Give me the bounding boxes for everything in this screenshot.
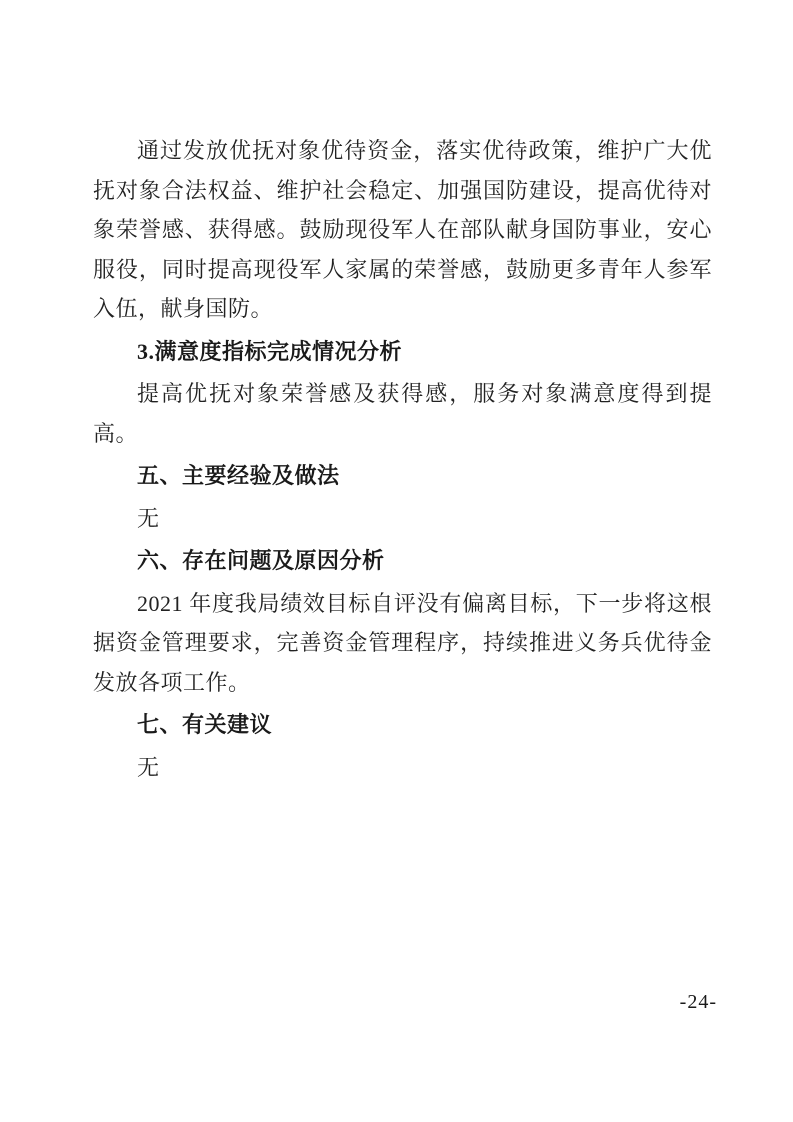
heading-problems-and-causes: 六、存在问题及原因分析 (93, 541, 712, 581)
paragraph-experience-none: 无 (93, 499, 712, 539)
heading-suggestions: 七、有关建议 (93, 705, 712, 745)
document-body: 通过发放优抚对象优待资金，落实优待政策，维护广大优抚对象合法权益、维护社会稳定、… (93, 131, 712, 790)
heading-main-experience: 五、主要经验及做法 (93, 456, 712, 496)
heading-satisfaction-indicator-analysis: 3.满意度指标完成情况分析 (93, 332, 712, 372)
page-number: -24- (680, 991, 717, 1014)
paragraph-self-evaluation: 2021 年度我局绩效目标自评没有偏离目标，下一步将这根据资金管理要求，完善资金… (93, 584, 712, 703)
paragraph-funding-policy: 通过发放优抚对象优待资金，落实优待政策，维护广大优抚对象合法权益、维护社会稳定、… (93, 131, 712, 329)
document-page: 通过发放优抚对象优待资金，落实优待政策，维护广大优抚对象合法权益、维护社会稳定、… (0, 0, 793, 1122)
paragraph-suggestions-none: 无 (93, 748, 712, 788)
paragraph-satisfaction-result: 提高优抚对象荣誉感及获得感，服务对象满意度得到提高。 (93, 374, 712, 453)
